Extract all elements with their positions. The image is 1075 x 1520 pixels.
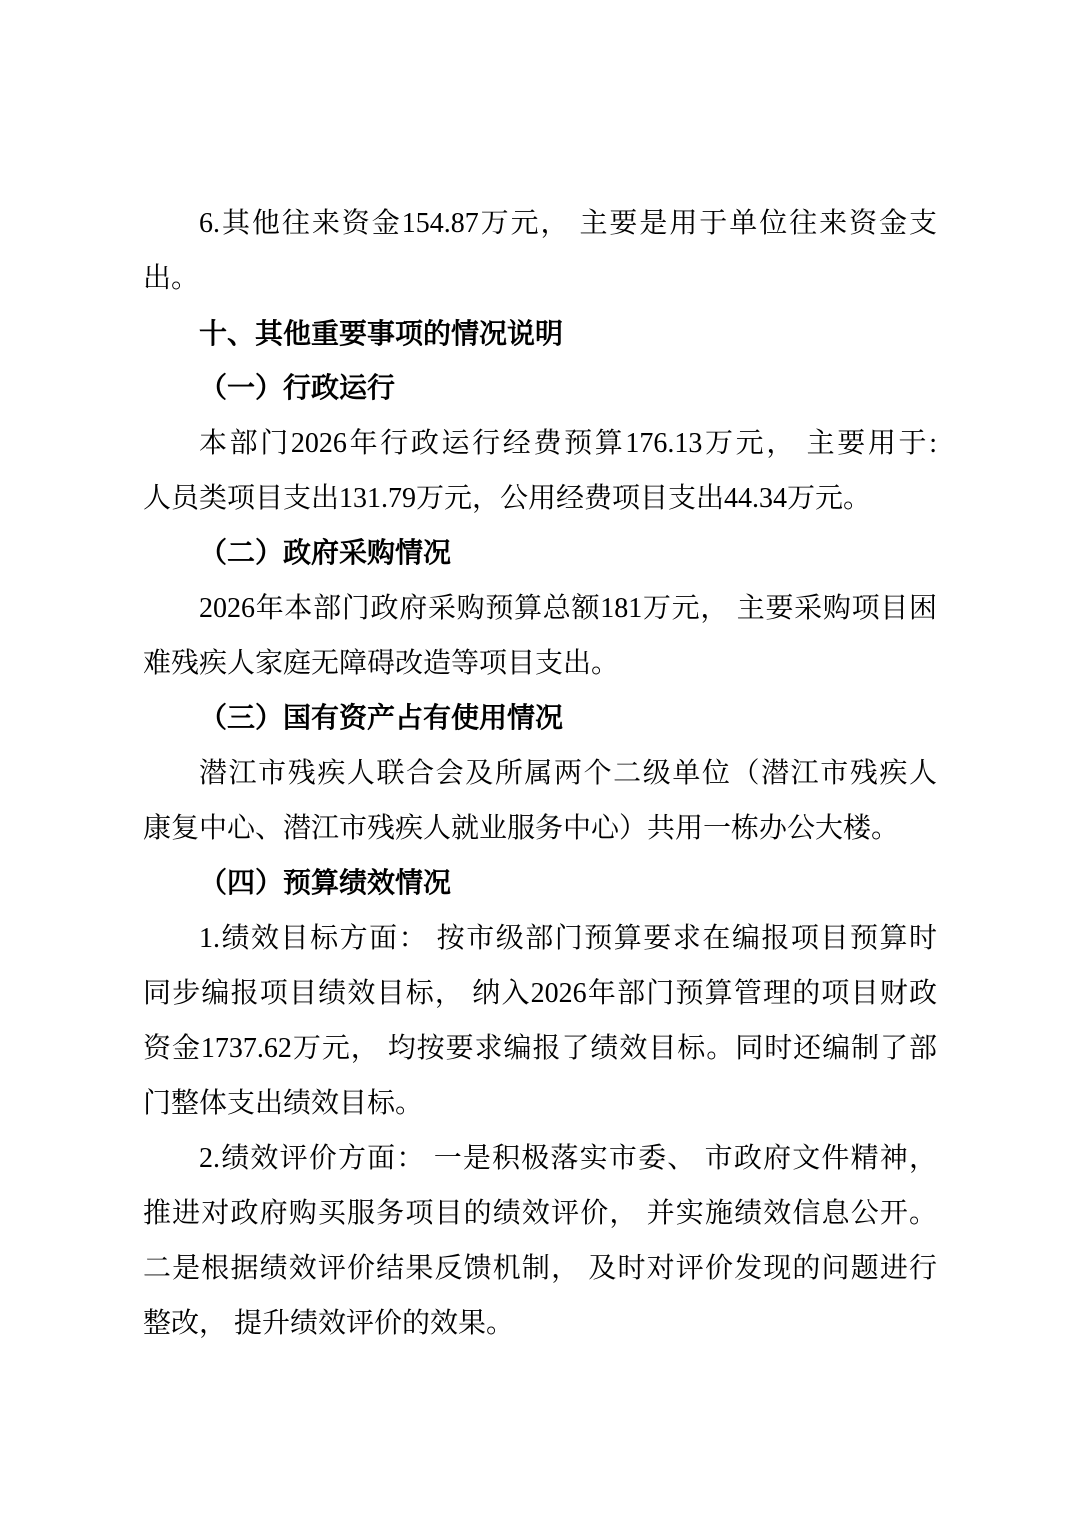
heading-sub-2-government-procurement: （二）政府采购情况: [143, 526, 937, 581]
document-page: { "page": { "background_color": "#ffffff…: [0, 0, 1075, 1520]
para-state-owned-assets: 潜江市残疾人联合会及所属两个二级单位（潜江市残疾人康复中心、潜江市残疾人就业服务…: [143, 746, 937, 856]
para-performance-goals-line-2: 同步编报项目绩效目标， 纳入2026年部门预算管理的项目财政: [143, 966, 937, 1021]
page-background: 6.其他往来资金154.87万元， 主要是用于单位往来资金支出。十、其他重要事项…: [0, 0, 1075, 1520]
para-other-transfer-funds: 6.其他往来资金154.87万元， 主要是用于单位往来资金支出。: [143, 196, 937, 306]
para-performance-evaluation-line-3: 二是根据绩效评价结果反馈机制， 及时对评价发现的问题进行: [143, 1241, 937, 1296]
para-government-procurement-line-2: 难残疾人家庭无障碍改造等项目支出。: [143, 636, 937, 691]
para-administrative-operation-line-2: 人员类项目支出131.79万元，公用经费项目支出44.34万元。: [143, 471, 937, 526]
para-performance-evaluation-line-1: 2.绩效评价方面： 一是积极落实市委、 市政府文件精神，: [143, 1131, 937, 1186]
para-administrative-operation: 本部门2026年行政运行经费预算176.13万元， 主要用于:人员类项目支出13…: [143, 416, 937, 526]
heading-sub-3-state-owned-assets: （三）国有资产占有使用情况: [143, 691, 937, 746]
para-performance-evaluation: 2.绩效评价方面： 一是积极落实市委、 市政府文件精神，推进对政府购买服务项目的…: [143, 1131, 937, 1351]
para-other-transfer-funds-line-2: 出。: [143, 251, 937, 306]
para-performance-goals: 1.绩效目标方面： 按市级部门预算要求在编报项目预算时同步编报项目绩效目标， 纳…: [143, 911, 937, 1131]
heading-sub-1-administrative-operation-line-1: （一）行政运行: [143, 361, 937, 416]
para-performance-goals-line-3: 资金1737.62万元， 均按要求编报了绩效目标。同时还编制了部: [143, 1021, 937, 1076]
para-administrative-operation-line-1: 本部门2026年行政运行经费预算176.13万元， 主要用于:: [143, 416, 937, 471]
heading-sub-1-administrative-operation: （一）行政运行: [143, 361, 937, 416]
para-performance-evaluation-line-2: 推进对政府购买服务项目的绩效评价， 并实施绩效信息公开。: [143, 1186, 937, 1241]
heading-sub-4-budget-performance-line-1: （四）预算绩效情况: [143, 856, 937, 911]
para-government-procurement: 2026年本部门政府采购预算总额181万元， 主要采购项目困难残疾人家庭无障碍改…: [143, 581, 937, 691]
heading-section-ten-other-important-matters-line-1: 十、其他重要事项的情况说明: [143, 306, 937, 361]
para-performance-evaluation-line-4: 整改， 提升绩效评价的效果。: [143, 1296, 937, 1351]
para-government-procurement-line-1: 2026年本部门政府采购预算总额181万元， 主要采购项目困: [143, 581, 937, 636]
document-body: 6.其他往来资金154.87万元， 主要是用于单位往来资金支出。十、其他重要事项…: [143, 196, 937, 1351]
para-performance-goals-line-4: 门整体支出绩效目标。: [143, 1076, 937, 1131]
heading-section-ten-other-important-matters: 十、其他重要事项的情况说明: [143, 306, 937, 361]
para-state-owned-assets-line-1: 潜江市残疾人联合会及所属两个二级单位（潜江市残疾人: [143, 746, 937, 801]
para-performance-goals-line-1: 1.绩效目标方面： 按市级部门预算要求在编报项目预算时: [143, 911, 937, 966]
heading-sub-2-government-procurement-line-1: （二）政府采购情况: [143, 526, 937, 581]
para-state-owned-assets-line-2: 康复中心、潜江市残疾人就业服务中心）共用一栋办公大楼。: [143, 801, 937, 856]
heading-sub-4-budget-performance: （四）预算绩效情况: [143, 856, 937, 911]
para-other-transfer-funds-line-1: 6.其他往来资金154.87万元， 主要是用于单位往来资金支: [143, 196, 937, 251]
heading-sub-3-state-owned-assets-line-1: （三）国有资产占有使用情况: [143, 691, 937, 746]
